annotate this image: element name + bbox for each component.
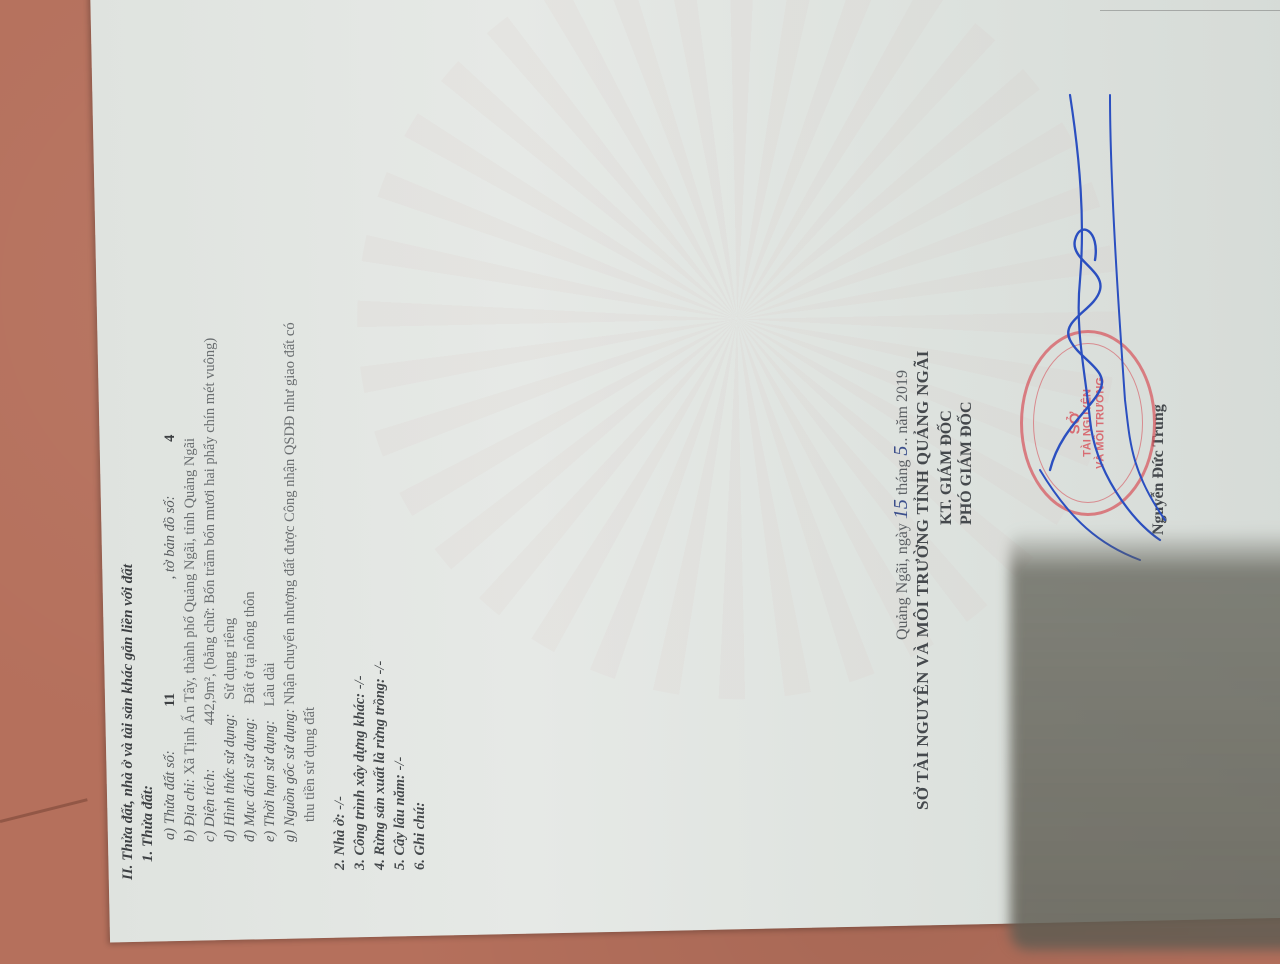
section-title: II. Thửa đất, nhà ở và tài sản khác gắn …: [120, 564, 137, 880]
handwritten-day: 15: [890, 499, 912, 519]
item-house: 2. Nhà ở: -/-: [332, 796, 349, 870]
item-perennial-trees: 5. Cây lâu năm: -/-: [392, 757, 409, 870]
field-parcel-number: a) Thửa đất số: 11 , tờ bản đồ số: 4: [162, 435, 179, 840]
official-seal: SỞ TÀI NGUYÊN VÀ MÔI TRƯỜNG: [1020, 330, 1156, 516]
seal-text: SỞ TÀI NGUYÊN VÀ MÔI TRƯỜNG: [1069, 377, 1108, 469]
subsection-title: 1. Thửa đất:: [140, 785, 157, 862]
signer-title: PHÓ GIÁM ĐỐC: [958, 401, 976, 525]
field-address: b) Địa chỉ: Xã Tịnh Ấn Tây, thành phố Qu…: [182, 438, 199, 842]
on-behalf-label: KT. GIÁM ĐỐC: [938, 410, 956, 525]
field-usage-purpose: đ) Mục đích sử dụng: Đất ở tại nông thôn: [242, 591, 259, 842]
handwritten-month: 5: [890, 446, 912, 456]
issue-date: Quảng Ngãi, ngày 15 tháng 5.. năm 2019: [890, 370, 913, 640]
item-other-construction: 3. Công trình xây dựng khác: -/-: [352, 676, 369, 870]
field-usage-origin: g) Nguồn gốc sử dụng: Nhận chuyển nhượng…: [282, 322, 299, 842]
field-usage-term: e) Thời hạn sử dụng: Lâu dài: [262, 663, 279, 843]
certificate-content: II. Thửa đất, nhà ở và tài sản khác gắn …: [120, 0, 1000, 880]
item-production-forest: 4. Rừng sản xuất là rừng trồng: -/-: [372, 661, 389, 870]
field-usage-origin-cont: thu tiền sử dụng đất: [302, 707, 319, 822]
field-area: c) Diện tích: 442,9m², (bằng chữ: Bốn tr…: [202, 338, 219, 842]
page-border: [1100, 0, 1280, 11]
field-usage-form: d) Hình thức sử dụng: Sử dụng riêng: [222, 618, 239, 842]
issuing-organization: SỞ TÀI NGUYÊN VÀ MÔI TRƯỜNG TỈNH QUẢNG N…: [913, 350, 933, 810]
camera-shadow: [1010, 530, 1280, 950]
item-notes: 6. Ghi chú:: [412, 802, 429, 870]
